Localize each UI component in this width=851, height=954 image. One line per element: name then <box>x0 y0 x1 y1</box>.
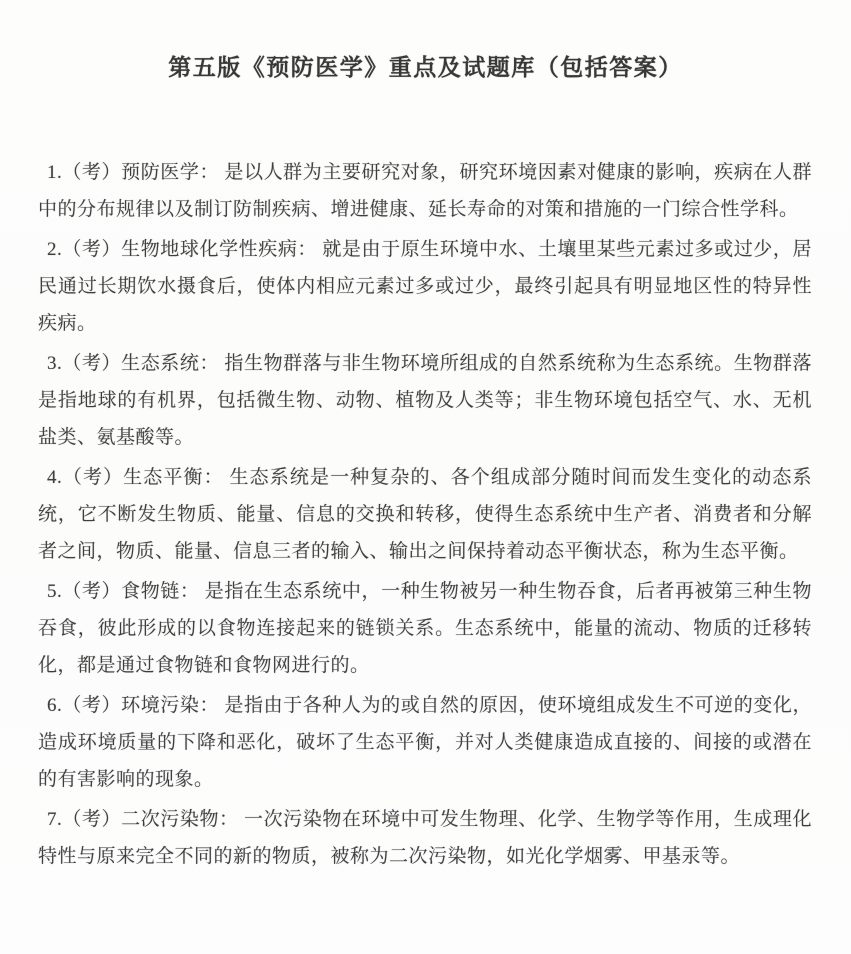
definition-item-4: 4.（考）生态平衡： 生态系统是一种复杂的、各个组成部分随时间而发生变化的动态系… <box>38 459 812 570</box>
document-body: 1.（考）预防医学： 是以人群为主要研究对象，研究环境因素对健康的影响，疾病在人… <box>0 154 851 875</box>
document-title: 第五版《预防医学》重点及试题库（包括答案） <box>40 52 811 84</box>
definition-item-5: 5.（考）食物链： 是指在生态系统中，一种生物被另一种生物吞食，后者再被第三种生… <box>38 573 812 684</box>
definition-item-2: 2.（考）生物地球化学性疾病： 就是由于原生环境中水、土壤里某些元素过多或过少，… <box>38 231 812 342</box>
definition-item-1: 1.（考）预防医学： 是以人群为主要研究对象，研究环境因素对健康的影响，疾病在人… <box>38 154 812 228</box>
definition-item-6: 6.（考）环境污染： 是指由于各种人为的或自然的原因，使环境组成发生不可逆的变化… <box>38 687 812 798</box>
definition-item-7: 7.（考）二次污染物： 一次污染物在环境中可发生物理、化学、生物学等作用，生成理… <box>38 801 812 875</box>
document-page: 第五版《预防医学》重点及试题库（包括答案） 1.（考）预防医学： 是以人群为主要… <box>0 0 851 954</box>
definition-item-3: 3.（考）生态系统： 指生物群落与非生物环境所组成的自然系统称为生态系统。生物群… <box>38 345 812 456</box>
